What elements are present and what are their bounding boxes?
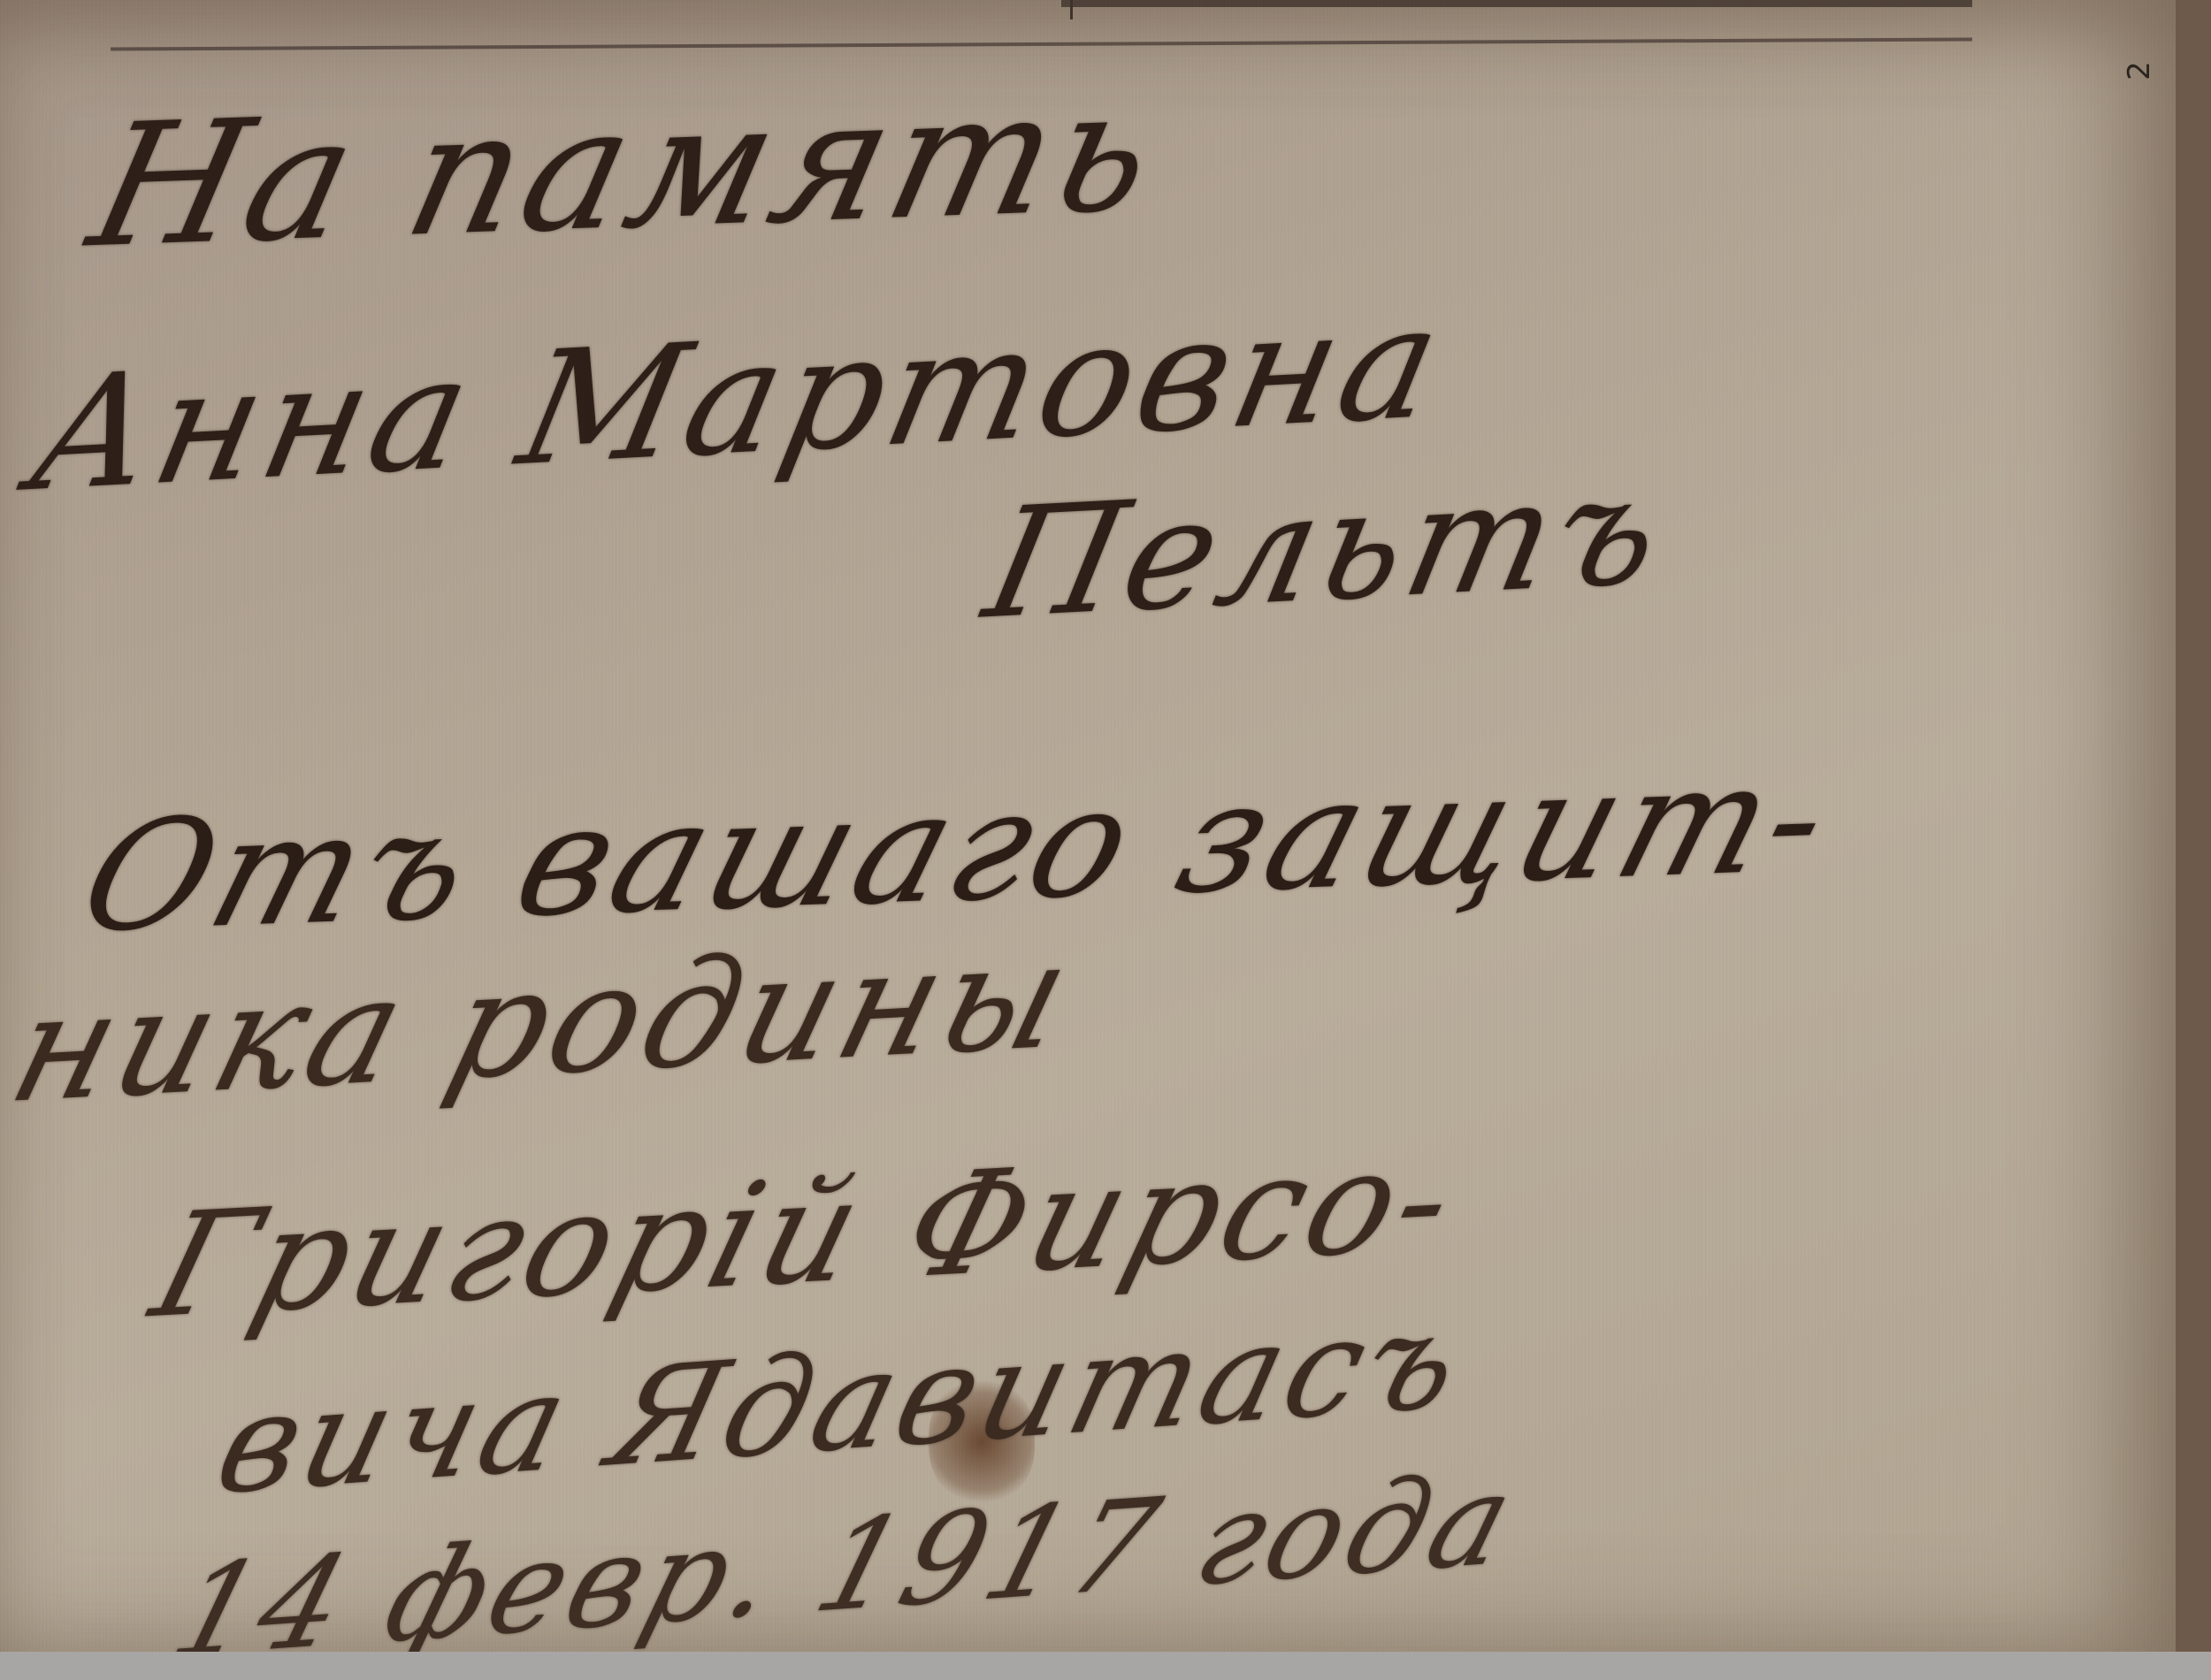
inscription-line-6: Григорій Фирсо-	[138, 1114, 1476, 1350]
inscription-line-5: ника родины	[0, 908, 1091, 1135]
inscription-line-7: вича Ядавитасъ	[203, 1281, 1480, 1524]
inscription-date: 14 февр. 1917 года	[157, 1446, 1533, 1680]
ruled-tick	[1070, 0, 1073, 19]
inscription-line-1: На память	[75, 51, 1178, 286]
ruled-line-top	[1061, 0, 1972, 7]
paper-edge-shadow	[2176, 0, 2211, 1652]
ruled-line	[111, 37, 1972, 50]
ink-stain	[929, 1379, 1035, 1503]
page-number: 2	[2122, 61, 2157, 80]
inscription-line-2: Анна Мартовна	[17, 271, 1459, 527]
paper-sheet: 2 На память Анна Мартовна Пельтъ Отъ ваш…	[0, 0, 2176, 1652]
inscription-line-4: Отъ вашаго защит-	[64, 729, 1853, 967]
inscription-line-3: Пельтъ	[972, 441, 1681, 653]
background-strip	[0, 1652, 2211, 1680]
